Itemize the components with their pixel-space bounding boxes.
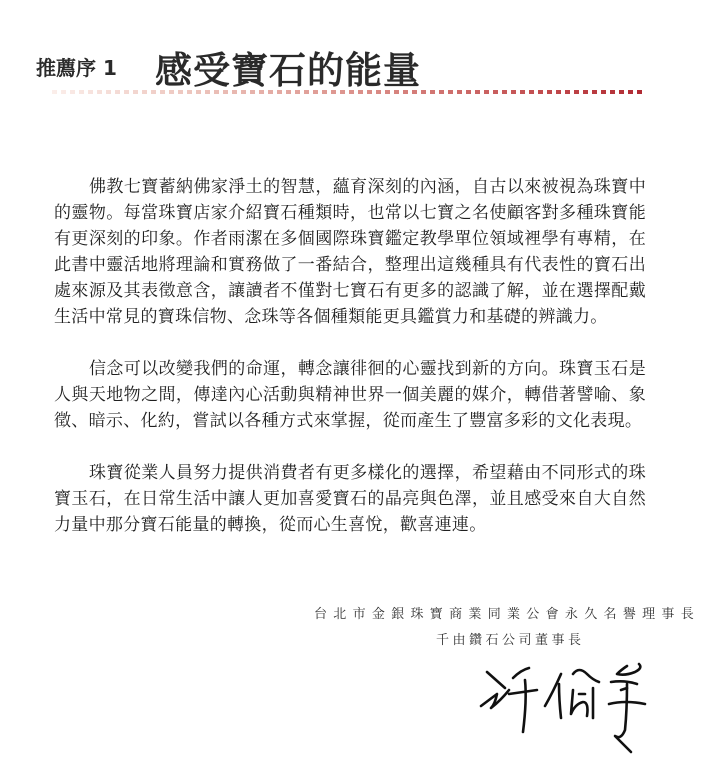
paragraph-1: 佛教七寶蓄納佛家淨土的智慧，蘊育深刻的內涵，自古以來被視為珠寶中的靈物。每當珠寶… — [54, 174, 646, 330]
signoff-title-1: 台北市金銀珠寶商業同業公會永久名譽理事長 — [314, 603, 700, 622]
page-title: 感受寶石的能量 — [155, 40, 421, 94]
paragraph-3: 珠寶從業人員努力提供消費者有更多樣化的選擇，希望藉由不同形式的珠寶玉石，在日常生… — [54, 460, 646, 538]
section-kicker: 推薦序 1 — [36, 52, 117, 81]
paragraph-2: 信念可以改變我們的命運，轉念讓徘徊的心靈找到新的方向。珠寶玉石是人與天地物之間，… — [54, 356, 646, 434]
signoff-title-2: 千由鑽石公司董事長 — [436, 629, 585, 648]
article-body: 佛教七寶蓄納佛家淨土的智慧，蘊育深刻的內涵，自古以來被視為珠寶中的靈物。每當珠寶… — [54, 174, 646, 564]
divider-dot-mask — [52, 90, 644, 94]
handwritten-signature-icon — [475, 660, 655, 760]
